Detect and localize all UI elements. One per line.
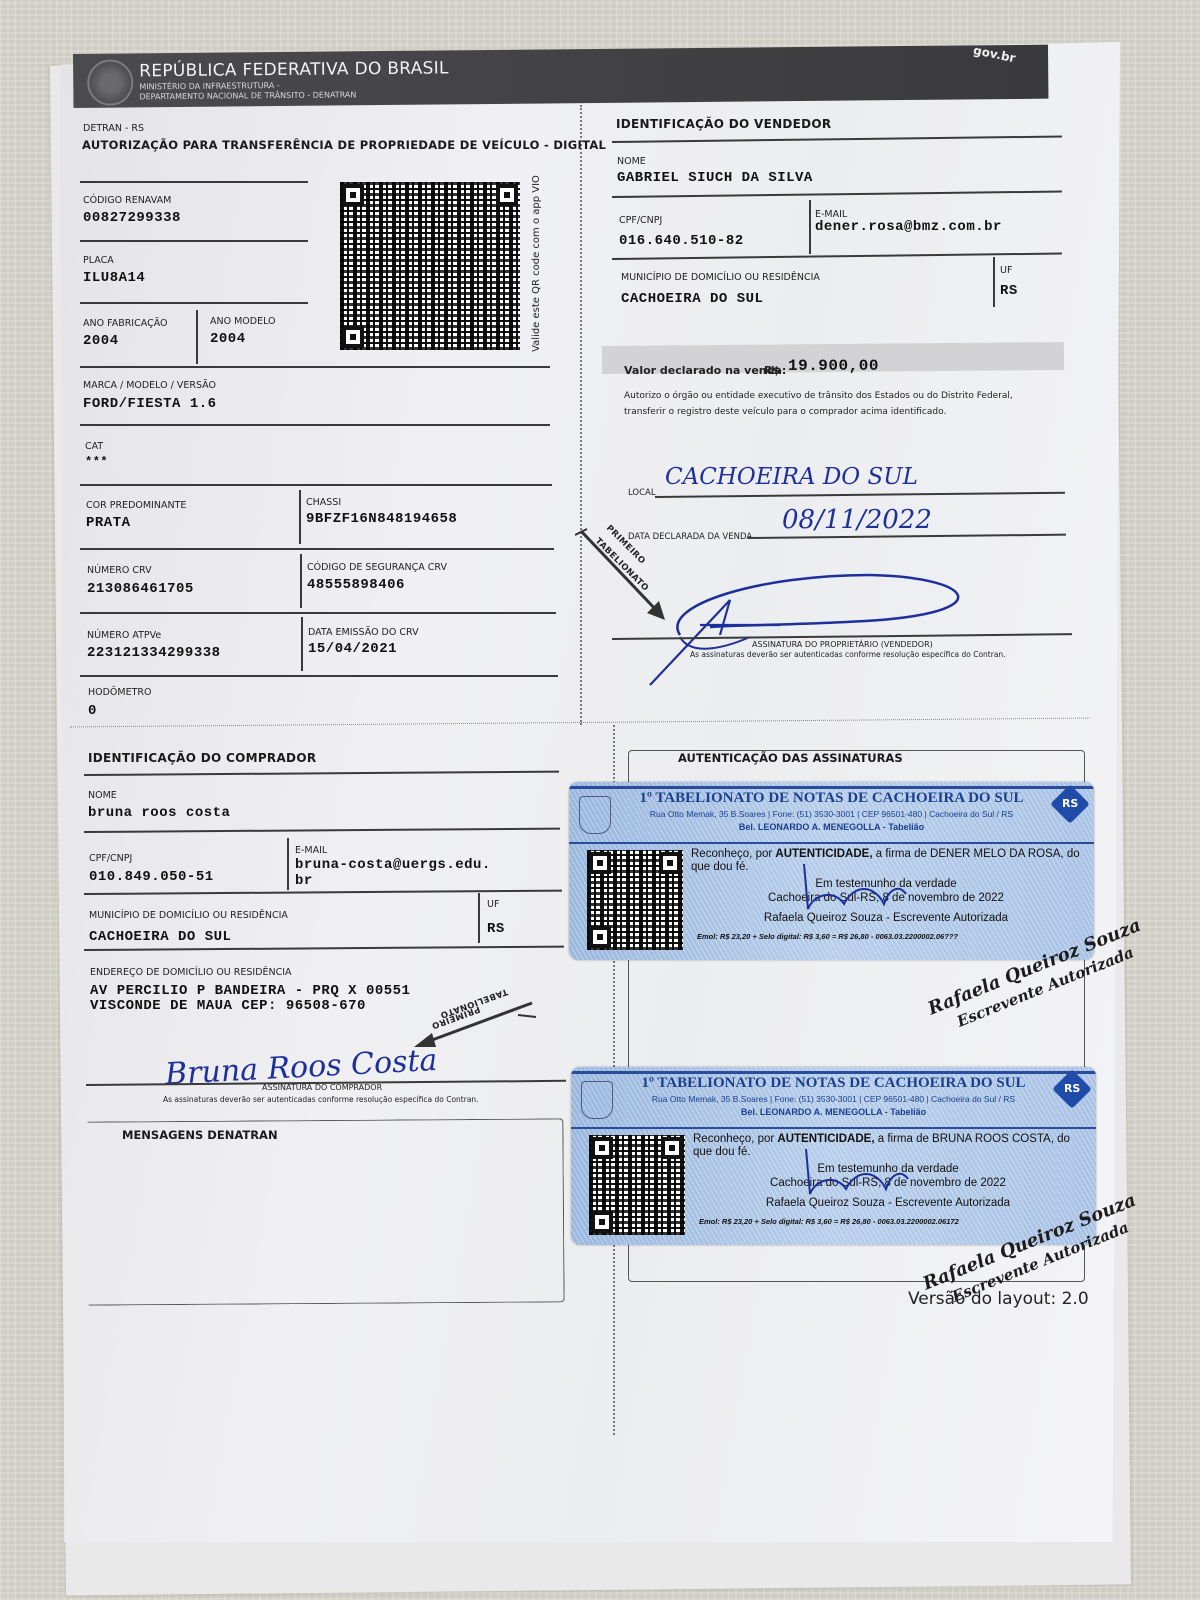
seller-signature-note: As assinaturas deverão ser autenticadas … [690, 650, 1006, 659]
numero-atpve-label: NÚMERO ATPVe [87, 630, 161, 641]
valor-value: 19.900,00 [788, 357, 879, 375]
local-handwritten: CACHOEIRA DO SUL [665, 464, 918, 490]
cor-value: PRATA [86, 515, 131, 531]
divider [299, 490, 301, 544]
layout-version: Versão do layout: 2.0 [908, 1289, 1089, 1309]
buyer-signature-label: ASSINATURA DO COMPRADOR [262, 1083, 382, 1092]
divider [300, 554, 302, 608]
messages-box [87, 1118, 564, 1305]
notary-initials-signature [796, 1139, 916, 1209]
stamp-band [571, 1127, 1096, 1129]
numero-crv-label: NÚMERO CRV [87, 565, 152, 576]
chassi-label: CHASSI [306, 497, 341, 508]
stamp-qr-code[interactable] [587, 850, 683, 950]
data-emissao-value: 15/04/2021 [308, 641, 397, 657]
notary-stamp-1: RS 1º TABELIONATO DE NOTAS DE CACHOEIRA … [569, 782, 1094, 960]
qr-validation-caption: Valide este QR code com o app VIO [531, 175, 542, 352]
cat-value: *** [85, 455, 108, 469]
seller-uf-label: UF [1000, 265, 1012, 276]
numero-crv-value: 213086461705 [87, 581, 194, 597]
qr-finder [342, 326, 364, 348]
vehicle-qr-code[interactable] [340, 182, 520, 350]
stamp-band [571, 1071, 1096, 1074]
buyer-signature-note: As assinaturas deverão ser autenticadas … [163, 1095, 479, 1104]
divider [287, 838, 289, 890]
notary-initials-signature [794, 854, 914, 924]
stamp-band [569, 842, 1094, 844]
qr-finder [589, 926, 611, 948]
valor-label: Valor declarado na venda: [624, 364, 786, 377]
qr-finder [496, 184, 518, 206]
ano-fabricacao-value: 2004 [83, 333, 119, 349]
valor-currency: R$ [764, 364, 780, 377]
buyer-nome-label: NOME [88, 790, 117, 801]
buyer-endereco-line1: AV PERCILIO P BANDEIRA - PRQ X 00551 [90, 983, 410, 999]
buyer-cpf-label: CPF/CNPJ [89, 853, 132, 864]
authorization-text: Autorizo o órgão ou entidade executivo d… [624, 388, 1044, 420]
notary-stamp-2: RS 1º TABELIONATO DE NOTAS DE CACHOEIRA … [571, 1067, 1096, 1245]
hodometro-label: HODÔMETRO [88, 687, 152, 698]
numero-atpve-value: 223121334299338 [87, 645, 221, 661]
messages-title: MENSAGENS DENATRAN [122, 1128, 278, 1142]
buyer-email-value-line1: bruna-costa@uergs.edu. [295, 857, 491, 873]
divider [301, 617, 303, 671]
seller-signature-label: ASSINATURA DO PROPRIETÁRIO (VENDEDOR) [752, 640, 933, 649]
divider [80, 240, 308, 242]
buyer-endereco-label: ENDEREÇO DE DOMICÍLIO OU RESIDÊNCIA [90, 967, 292, 978]
buyer-uf-value: RS [487, 921, 505, 937]
qr-finder [591, 1211, 613, 1233]
stamp-fees: Emol: R$ 23,20 + Selo digital: R$ 3,60 =… [697, 932, 958, 941]
qr-finder [589, 852, 611, 874]
authentication-title: AUTENTICAÇÃO DAS ASSINATURAS [672, 751, 909, 765]
buyer-email-value-line2: br [295, 873, 313, 889]
renavam-value: 00827299338 [83, 210, 181, 226]
qr-finder [659, 852, 681, 874]
divider [478, 893, 480, 943]
buyer-nome-value: bruna roos costa [88, 805, 230, 821]
seller-email-value: dener.rosa@bmz.com.br [815, 219, 1002, 235]
seller-uf-value: RS [1000, 283, 1018, 299]
marca-modelo-label: MARCA / MODELO / VERSÃO [83, 380, 216, 391]
divider [80, 302, 308, 304]
divider [196, 310, 198, 364]
seller-municipio-label: MUNICÍPIO DE DOMICÍLIO OU RESIDÊNCIA [621, 272, 820, 283]
cat-label: CAT [85, 441, 103, 452]
stamp-text-prefix: Reconheço, por [693, 1133, 774, 1145]
placa-label: PLACA [83, 255, 114, 266]
ano-modelo-value: 2004 [210, 331, 246, 347]
buyer-endereco-line2: VISCONDE DE MAUA CEP: 96508-670 [90, 998, 366, 1014]
seller-signature [640, 565, 990, 690]
buyer-municipio-label: MUNICÍPIO DE DOMICÍLIO OU RESIDÊNCIA [89, 910, 288, 921]
stamp-text-prefix: Reconheço, por [691, 848, 772, 860]
divider [80, 181, 308, 183]
stamp-office: 1º TABELIONATO DE NOTAS DE CACHOEIRA DO … [571, 1075, 1096, 1092]
codigo-seguranca-label: CÓDIGO DE SEGURANÇA CRV [307, 562, 447, 573]
stamp-notary: Bel. LEONARDO A. MENEGOLLA - Tabelião [571, 1107, 1096, 1117]
stamp-fees: Emol: R$ 23,20 + Selo digital: R$ 3,60 =… [699, 1217, 959, 1226]
divider [80, 612, 556, 614]
stamp-notary: Bel. LEONARDO A. MENEGOLLA - Tabelião [569, 822, 1094, 832]
hodometro-value: 0 [88, 703, 97, 719]
stamp-address: Rua Otto Memak, 35 B.Soares | Fone: (51)… [569, 809, 1094, 819]
placa-value: ILU8A14 [83, 270, 145, 286]
stamp-office: 1º TABELIONATO DE NOTAS DE CACHOEIRA DO … [569, 790, 1094, 807]
qr-finder [661, 1137, 683, 1159]
divider [80, 484, 552, 486]
seller-municipio-value: CACHOEIRA DO SUL [621, 291, 763, 307]
seller-section-title: IDENTIFICAÇÃO DO VENDEDOR [616, 117, 831, 131]
local-label: LOCAL [628, 488, 656, 498]
seller-nome-value: GABRIEL SIUCH DA SILVA [617, 170, 813, 186]
header-band: REPÚBLICA FEDERATIVA DO BRASIL MINISTÉRI… [73, 45, 1048, 108]
buyer-email-label: E-MAIL [295, 845, 327, 856]
divider [80, 366, 550, 368]
marca-modelo-value: FORD/FIESTA 1.6 [83, 396, 217, 412]
cor-label: COR PREDOMINANTE [86, 500, 186, 511]
seller-cpf-value: 016.640.510-82 [619, 233, 744, 249]
gov-br-logo: gov.br [972, 43, 1017, 65]
stamp-band [569, 786, 1094, 789]
document-title: AUTORIZAÇÃO PARA TRANSFERÊNCIA DE PROPRI… [82, 138, 606, 152]
country-title: REPÚBLICA FEDERATIVA DO BRASIL [139, 58, 449, 81]
buyer-uf-label: UF [487, 899, 499, 910]
divider [809, 200, 811, 254]
issuer-label: DETRAN - RS [83, 123, 144, 134]
divider [80, 675, 558, 677]
coat-of-arms-icon [87, 59, 133, 105]
buyer-section-title: IDENTIFICAÇÃO DO COMPRADOR [88, 751, 316, 765]
column-divider [580, 105, 582, 725]
chassi-value: 9BFZF16N848194658 [306, 511, 457, 527]
stamp-qr-code[interactable] [589, 1135, 685, 1235]
ano-fabricacao-label: ANO FABRICAÇÃO [83, 318, 168, 329]
data-handwritten: 08/11/2022 [782, 505, 932, 535]
codigo-seguranca-value: 48555898406 [307, 577, 405, 593]
divider [80, 548, 554, 550]
buyer-municipio-value: CACHOEIRA DO SUL [89, 929, 231, 945]
data-emissao-label: DATA EMISSÃO DO CRV [308, 627, 419, 638]
qr-finder [342, 184, 364, 206]
buyer-cpf-value: 010.849.050-51 [89, 869, 214, 885]
seller-nome-label: NOME [617, 156, 646, 167]
seller-cpf-label: CPF/CNPJ [619, 215, 662, 226]
ano-modelo-label: ANO MODELO [210, 316, 276, 327]
divider [80, 424, 550, 426]
department-label: DEPARTAMENTO NACIONAL DE TRÂNSITO - DENA… [139, 90, 356, 101]
renavam-label: CÓDIGO RENAVAM [83, 195, 171, 206]
divider [993, 257, 995, 307]
qr-finder [591, 1137, 613, 1159]
stamp-address: Rua Otto Memak, 35 B.Soares | Fone: (51)… [571, 1094, 1096, 1104]
ministry-label: MINISTÉRIO DA INFRAESTRUTURA - [139, 81, 279, 91]
